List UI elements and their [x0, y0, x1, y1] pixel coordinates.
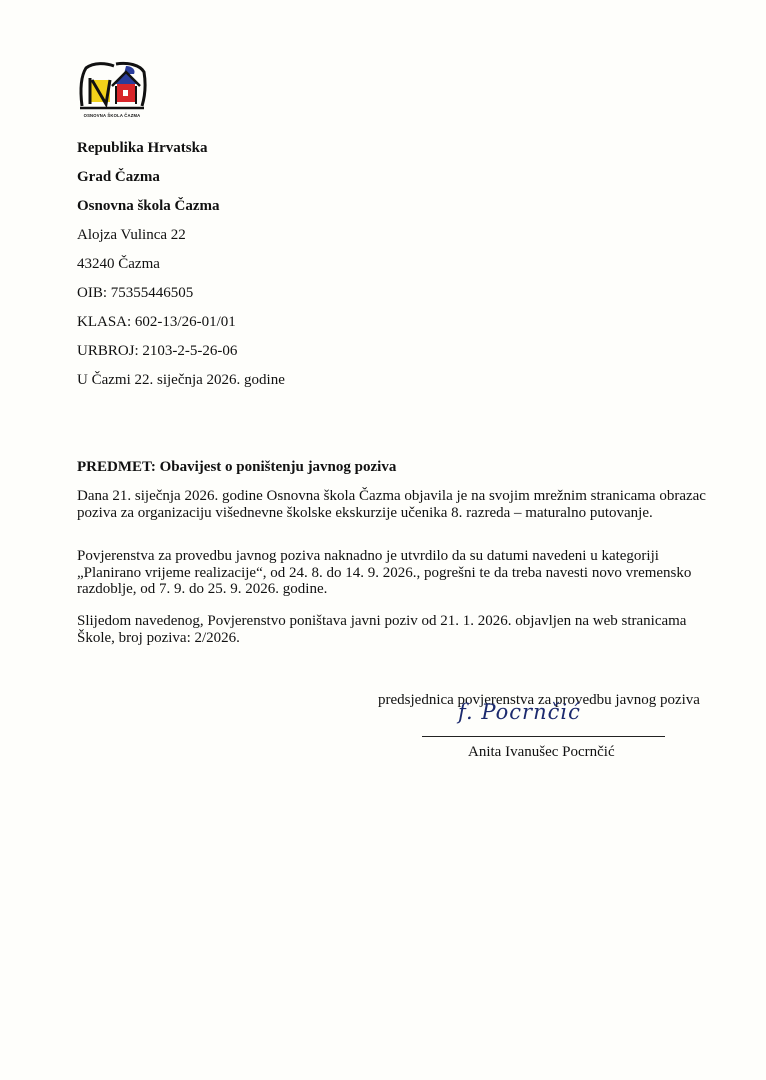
- header-date: U Čazmi 22. siječnja 2026. godine: [77, 371, 285, 389]
- logo-caption: OSNOVNA ŠKOLA ČAZMA: [76, 113, 148, 118]
- signature-block: predsjednica povjerenstva za provedbu ja…: [378, 692, 718, 709]
- header-postal: 43240 Čazma: [77, 255, 160, 273]
- body-paragraph-3: Slijedom navedenog, Povjerenstvo poništa…: [77, 613, 717, 646]
- header-city: Grad Čazma: [77, 168, 160, 186]
- signature-line: [422, 736, 665, 737]
- subject-heading: PREDMET: Obavijest o poništenju javnog p…: [77, 459, 396, 476]
- header-country: Republika Hrvatska: [77, 139, 207, 157]
- header-school: Osnovna škola Čazma: [77, 197, 220, 215]
- body-paragraph-1: Dana 21. siječnja 2026. godine Osnovna š…: [77, 488, 717, 521]
- signatory-name: Anita Ivanušec Pocrnčić: [468, 744, 615, 761]
- school-logo-icon: [76, 60, 148, 112]
- header-address: Alojza Vulinca 22: [77, 226, 186, 244]
- handwritten-signature: f. Pocrnčić: [458, 700, 581, 724]
- school-logo: OSNOVNA ŠKOLA ČAZMA: [76, 60, 148, 122]
- header-oib: OIB: 75355446505: [77, 284, 193, 302]
- header-urbroj: URBROJ: 2103-2-5-26-06: [77, 342, 237, 360]
- header-klasa: KLASA: 602-13/26-01/01: [77, 313, 236, 331]
- body-paragraph-2: Povjerenstva za provedbu javnog poziva n…: [77, 548, 717, 598]
